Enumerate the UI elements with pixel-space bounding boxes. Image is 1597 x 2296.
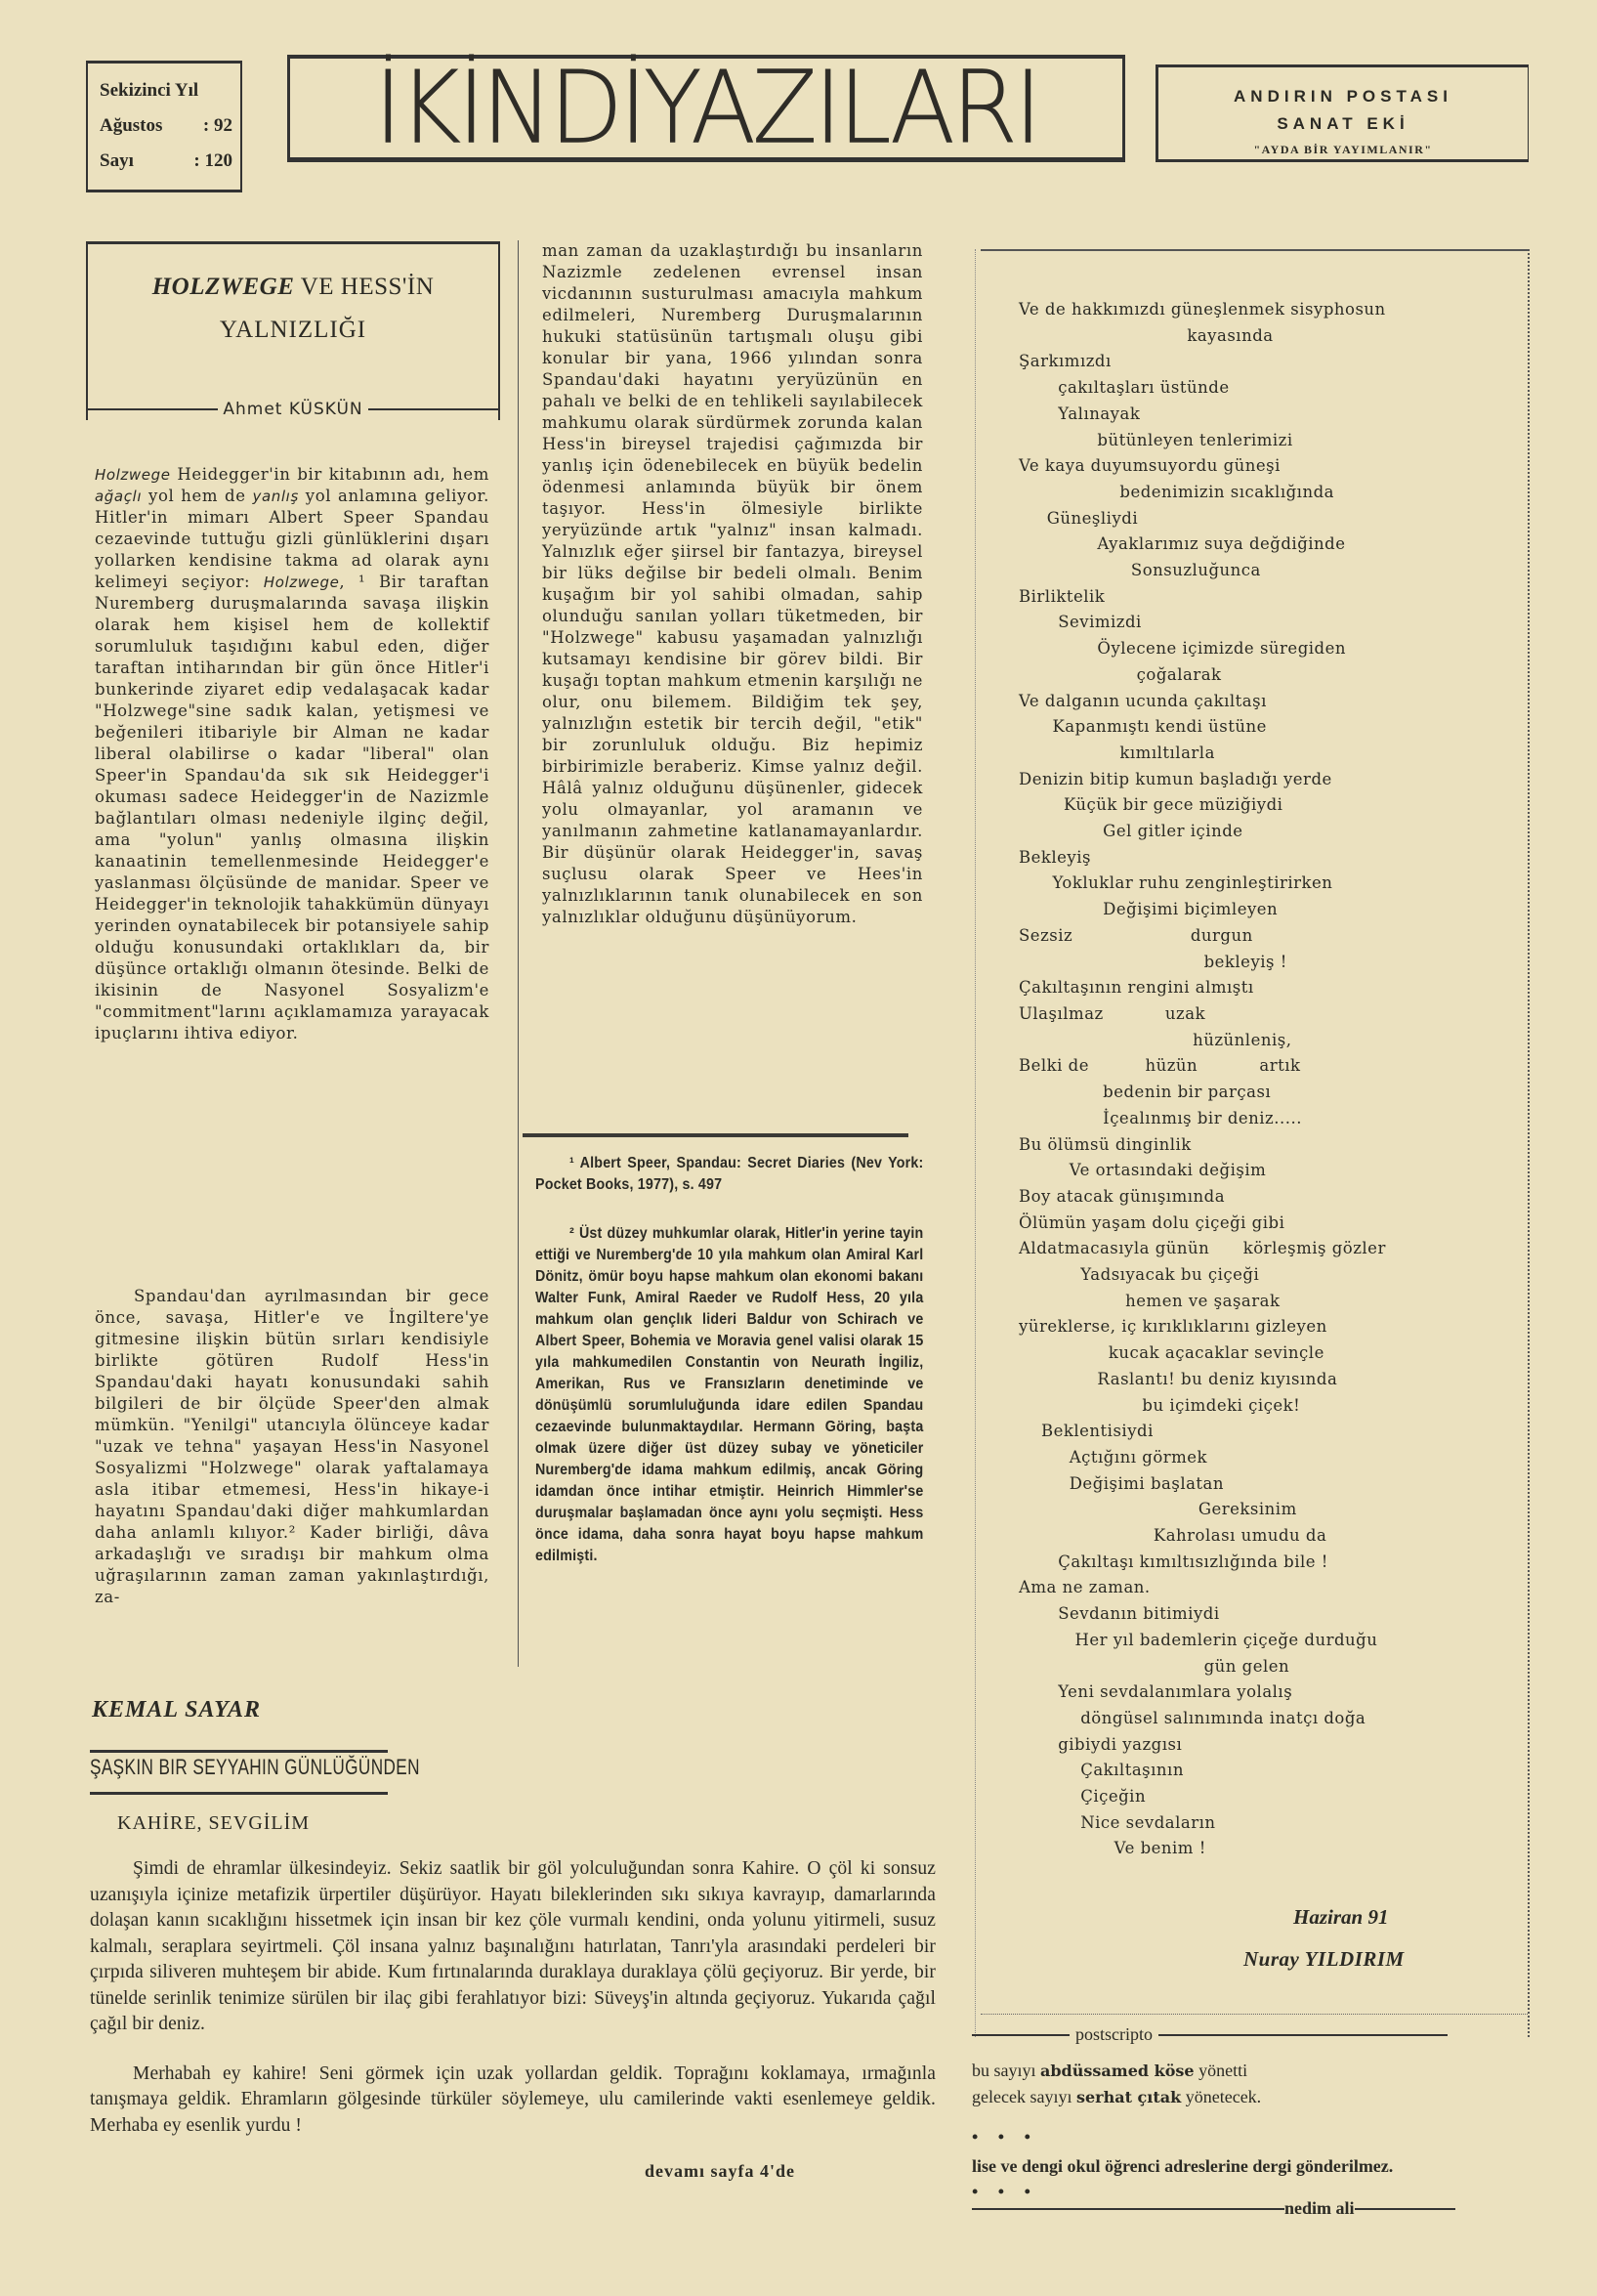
masthead-title: İKİNDİYAZILARI bbox=[374, 58, 1038, 158]
poem-line: Kahrolası umudu da bbox=[1019, 1523, 1468, 1550]
poem-line: Gereksinim bbox=[1019, 1497, 1468, 1523]
poem-line: Öylecene içimizde süregiden bbox=[1019, 636, 1468, 662]
poem-line: Ayaklarımız suya değdiğinde bbox=[1019, 531, 1468, 558]
poem-frame-top bbox=[981, 249, 1528, 251]
poem-line: Yadsıyacak bu çiçeği bbox=[1019, 1262, 1468, 1289]
poem-line: Ve ortasındaki değişim bbox=[1019, 1158, 1468, 1184]
text: yönetti bbox=[1195, 2061, 1248, 2080]
poem-line: Çakıltaşı kımıltısızlığında bile ! bbox=[1019, 1550, 1468, 1576]
postscript-signature: nedim ali bbox=[972, 2198, 1455, 2219]
article2-subtitle: KAHİRE, SEVGİLİM bbox=[117, 1812, 310, 1835]
article2-body: Şimdi de ehramlar ülkesindeyiz. Sekiz sa… bbox=[90, 1856, 936, 2139]
next-editor-name: serhat çıtak bbox=[1076, 2088, 1181, 2106]
year-label: Sekizinci Yıl bbox=[100, 73, 198, 108]
signature-name: nedim ali bbox=[1284, 2198, 1355, 2219]
postscript-line-2: gelecek sayıyı serhat çıtak yönetecek. bbox=[972, 2084, 1529, 2110]
poem-line: Aldatmacasıyla günün körleşmiş gözler bbox=[1019, 1236, 1468, 1262]
supplement-subtitle: SANAT EKİ bbox=[1158, 114, 1528, 134]
text: Heidegger'in bir kitabının adı, hem bbox=[171, 465, 489, 484]
text: bu sayıyı bbox=[972, 2061, 1040, 2080]
poem-line: hüzünleniş, bbox=[1019, 1028, 1468, 1054]
article1-paragraph-1: Holzwege Heidegger'in bir kitabının adı,… bbox=[95, 464, 489, 1044]
emphasis: Holzwege bbox=[95, 466, 171, 484]
text: gelecek sayıyı bbox=[972, 2087, 1076, 2106]
article1-title-box: HOLZWEGE VE HESS'İN YALNIZLIĞI bbox=[86, 241, 500, 420]
article1-paragraph-3: man zaman da uzaklaştırdığı bu insanları… bbox=[542, 240, 923, 928]
separator: : bbox=[193, 150, 199, 171]
article1-author: Ahmet KÜSKÜN bbox=[218, 400, 367, 419]
signature-rule-left bbox=[972, 2208, 1284, 2210]
poem-line: Ve benim ! bbox=[1019, 1836, 1468, 1862]
issue-row: Sayı : 120 bbox=[100, 144, 232, 179]
poem-line: Yokluklar ruhu zenginleştirirken bbox=[1019, 871, 1468, 897]
poem-line: Şarkımızdı bbox=[1019, 349, 1468, 375]
article2-paragraph-2: Merhabah ey kahire! Seni görmek için uza… bbox=[90, 2062, 936, 2140]
byline-rule-right bbox=[368, 408, 500, 410]
emphasis: Holzwege bbox=[264, 574, 340, 591]
article1-title-rest: VE HESS'İN bbox=[294, 274, 434, 300]
poem-line: Ama ne zaman. bbox=[1019, 1575, 1468, 1601]
poem-line: Çakıltaşının bbox=[1019, 1758, 1468, 1784]
editor-name: abdüssamed köse bbox=[1040, 2062, 1195, 2080]
supplement-name: ANDIRIN POSTASI bbox=[1158, 87, 1528, 106]
month-label: Ağustos bbox=[100, 108, 162, 144]
poem-line: bedenimizin sıcaklığında bbox=[1019, 480, 1468, 506]
footnote-1: ¹ Albert Speer, Spandau: Secret Diaries … bbox=[535, 1153, 923, 1196]
text: yönetecek. bbox=[1181, 2087, 1261, 2106]
poem-line: Belki de hüzün artık bbox=[1019, 1053, 1468, 1080]
poem-line: kucak açacaklar sevinçle bbox=[1019, 1340, 1468, 1367]
issue-label: Sayı bbox=[100, 144, 134, 179]
poem-line: Her yıl bademlerin çiçeğe durduğu bbox=[1019, 1628, 1468, 1654]
poem-line: Bekleyiş bbox=[1019, 845, 1468, 872]
poem-line: bu içimdeki çiçek! bbox=[1019, 1393, 1468, 1420]
footnote-rule bbox=[523, 1133, 908, 1137]
article1-column1-part2: Spandau'dan ayrılmasından bir gece önce,… bbox=[95, 1286, 489, 1608]
poem-line: Ve de hakkımızdı güneşlenmek sisyphosun bbox=[1019, 297, 1468, 323]
text: , ¹ Bir taraftan Nuremberg duruşmalarınd… bbox=[95, 573, 489, 1042]
article2-author: KEMAL SAYAR bbox=[92, 1697, 261, 1723]
poem-frame-left bbox=[975, 249, 976, 2037]
column-divider bbox=[518, 240, 519, 1667]
separator: : bbox=[203, 115, 209, 136]
poem-line: Nice sevdaların bbox=[1019, 1810, 1468, 1837]
month-row: Ağustos : 92 bbox=[100, 108, 232, 144]
continued-note: devamı sayfa 4'de bbox=[645, 2161, 795, 2182]
article1-column2: man zaman da uzaklaştırdığı bu insanları… bbox=[542, 240, 923, 928]
masthead: İKİNDİYAZILARI bbox=[287, 55, 1125, 162]
poem-line: Yeni sevdalanımlara yolalış bbox=[1019, 1679, 1468, 1706]
poem-author: Nuray YILDIRIM bbox=[1243, 1947, 1405, 1972]
article1-title-italic: HOLZWEGE bbox=[152, 274, 295, 300]
issue-value: 120 bbox=[205, 150, 233, 171]
postscript-notice: lise ve dengi okul öğrenci adreslerine d… bbox=[972, 2153, 1529, 2179]
year-row: Sekizinci Yıl bbox=[100, 73, 232, 108]
signature-rule-right bbox=[1355, 2208, 1455, 2210]
postscript-line-1: bu sayıyı abdüssamed köse yönetti bbox=[972, 2058, 1529, 2084]
poem-line: Denizin bitip kumun başladığı yerde bbox=[1019, 767, 1468, 793]
poem-line: kayasında bbox=[1019, 323, 1468, 350]
poem-line: hemen ve şaşarak bbox=[1019, 1289, 1468, 1315]
poem-date: Haziran 91 bbox=[1293, 1905, 1388, 1930]
poem-line: Ölümün yaşam dolu çiçeği gibi bbox=[1019, 1211, 1468, 1237]
article2-title-rule-top bbox=[90, 1750, 388, 1753]
poem-line: Raslantı! bu deniz kıyısında bbox=[1019, 1367, 1468, 1393]
article2-title: ŞAŞKIN BIR SEYYAHIN GÜNLÜĞÜNDEN bbox=[90, 1755, 420, 1780]
poem-line: döngüsel salınımında inatçı doğa bbox=[1019, 1706, 1468, 1732]
poem-line: Gel gitler içinde bbox=[1019, 819, 1468, 845]
emphasis: yanlış bbox=[253, 488, 299, 505]
poem-line: bütünleyen tenlerimizi bbox=[1019, 428, 1468, 454]
article1-title-line2: YALNIZLIĞI bbox=[88, 317, 498, 344]
month-value: 92 bbox=[214, 115, 232, 136]
text: yol hem de bbox=[142, 487, 252, 505]
article1-column1: Holzwege Heidegger'in bir kitabının adı,… bbox=[95, 464, 489, 1044]
poem-line: Sezsiz durgun bbox=[1019, 923, 1468, 950]
article1-paragraph-2: Spandau'dan ayrılmasından bir gece önce,… bbox=[95, 1286, 489, 1608]
poem-line: Ve dalganın ucunda çakıltaşı bbox=[1019, 689, 1468, 715]
poem-line: Sonsuzluğunca bbox=[1019, 558, 1468, 584]
issue-info-box: Sekizinci Yıl Ağustos : 92 Sayı : 120 bbox=[86, 61, 242, 192]
poem-line: Değişimi başlatan bbox=[1019, 1471, 1468, 1498]
poem-frame-right bbox=[1528, 249, 1530, 2037]
poem-line: Beklentisiydi bbox=[1019, 1419, 1468, 1445]
poem-frame-bottom bbox=[981, 2014, 1528, 2015]
byline-rule-left bbox=[86, 408, 218, 410]
poem-line: Bu ölümsü dinginlik bbox=[1019, 1132, 1468, 1159]
poem-line: kımıltılarla bbox=[1019, 741, 1468, 767]
poem-line: Güneşliydi bbox=[1019, 506, 1468, 532]
ellipsis-dots: • • • bbox=[972, 2124, 1529, 2149]
poem-line: Sevdanın bitimiydi bbox=[1019, 1601, 1468, 1628]
supplement-frequency: "AYDA BİR YAYIMLANIR" bbox=[1158, 143, 1528, 157]
poem-line: Çakıltaşının rengini almıştı bbox=[1019, 975, 1468, 1001]
article1-byline: Ahmet KÜSKÜN bbox=[86, 395, 500, 424]
article1-title: HOLZWEGE VE HESS'İN bbox=[88, 274, 498, 301]
poem-line: İçealınmış bir deniz..... bbox=[1019, 1106, 1468, 1132]
poem-line: Ulaşılmaz uzak bbox=[1019, 1001, 1468, 1028]
postscript-body: bu sayıyı abdüssamed köse yönetti gelece… bbox=[972, 2058, 1529, 2204]
poem-line: Değişimi biçimleyen bbox=[1019, 897, 1468, 923]
poem-line: Kapanmıştı kendi üstüne bbox=[1019, 714, 1468, 741]
poem-line: yüreklerse, iç kırıklıklarını gizleyen bbox=[1019, 1314, 1468, 1340]
postscript-heading: postscripto bbox=[972, 2024, 1448, 2045]
poem-line: çakıltaşları üstünde bbox=[1019, 375, 1468, 402]
article2-title-rule-bottom bbox=[90, 1792, 388, 1795]
footnote-2: ² Üst düzey muhkumlar olarak, Hitler'in … bbox=[535, 1223, 923, 1567]
poem-line: Sevimizdi bbox=[1019, 610, 1468, 636]
heading-rule-right bbox=[1158, 2034, 1448, 2036]
postscript-label: postscripto bbox=[1070, 2024, 1158, 2045]
poem-line: Çiçeğin bbox=[1019, 1784, 1468, 1810]
poem-line: gibiydi yazgısı bbox=[1019, 1732, 1468, 1759]
poem-line: Yalınayak bbox=[1019, 402, 1468, 428]
poem-line: Ve kaya duyumsuyordu güneşi bbox=[1019, 453, 1468, 480]
emphasis: ağaçlı bbox=[95, 488, 142, 505]
poem-line: gün gelen bbox=[1019, 1654, 1468, 1680]
poem-line: çoğalarak bbox=[1019, 662, 1468, 689]
poem-body: Ve de hakkımızdı güneşlenmek sisyphosun … bbox=[1019, 297, 1468, 1862]
poem-line: bedenin bir parçası bbox=[1019, 1080, 1468, 1106]
supplement-box: ANDIRIN POSTASI SANAT EKİ "AYDA BİR YAYI… bbox=[1156, 64, 1529, 162]
article2-paragraph-1: Şimdi de ehramlar ülkesindeyiz. Sekiz sa… bbox=[90, 1856, 936, 2038]
poem-line: bekleyiş ! bbox=[1019, 950, 1468, 976]
poem-line: Açtığını görmek bbox=[1019, 1445, 1468, 1471]
article1-footnotes: ¹ Albert Speer, Spandau: Secret Diaries … bbox=[535, 1153, 893, 1567]
heading-rule-left bbox=[972, 2034, 1070, 2036]
poem-line: Küçük bir gece müziğiydi bbox=[1019, 792, 1468, 819]
poem-line: Boy atacak günışımında bbox=[1019, 1184, 1468, 1211]
poem-line: Birliktelik bbox=[1019, 584, 1468, 611]
